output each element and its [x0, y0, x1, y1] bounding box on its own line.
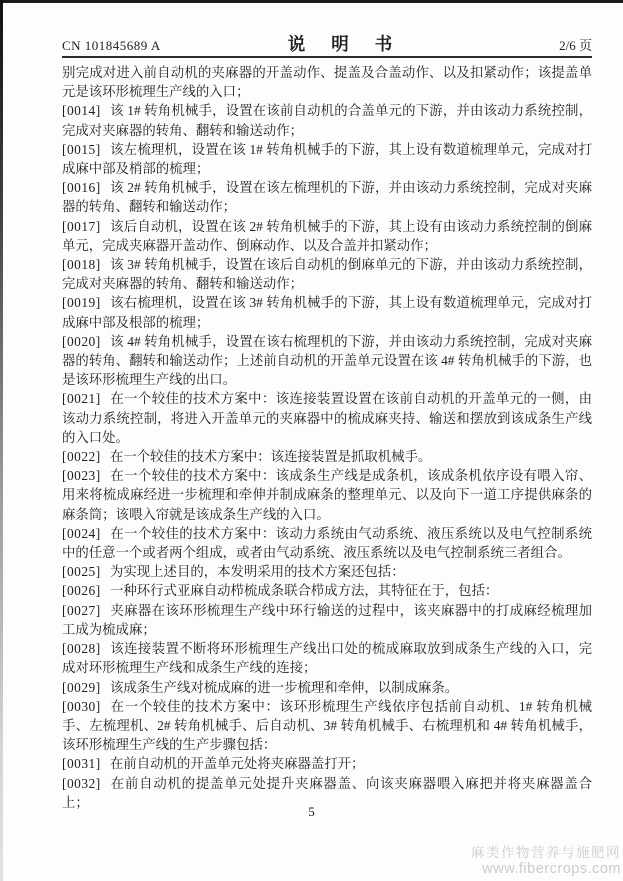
- paragraph-text: 在一个较佳的技术方案中：该成条生产线是成条机，该成条机依序设有喂入帘、用来将梳成…: [62, 468, 592, 521]
- paragraph-number: [0019]: [62, 293, 110, 312]
- paragraph-text: 在一个较佳的技术方案中：该连接装置是抓取机械手。: [110, 449, 431, 464]
- paragraph: [0020]该 4# 转角机械手，设置在该右梳理机的下游，并由该动力系统控制，完…: [62, 332, 592, 390]
- paragraph-text: 该连接装置不断将环形梳理生产线出口处的梳成麻取放到成条生产线的入口，完成对环形梳…: [62, 641, 592, 675]
- paragraph-text: 在前自动机的开盖单元处将夹麻器盖打开；: [110, 756, 364, 771]
- scan-edge-top: [0, 0, 623, 3]
- paragraph: [0014]该 1# 转角机械手，设置在该前自动机的合盖单元的下游，并由该动力系…: [62, 101, 592, 139]
- patent-description-page: CN 101845689 A 说明书 2/6 页 别完成对进入前自动机的夹麻器的…: [0, 0, 623, 881]
- document-title: 说明书: [288, 31, 419, 56]
- paragraph-number: [0024]: [62, 524, 110, 543]
- document-body: 别完成对进入前自动机的夹麻器的开盖动作、提盖及合盖动作、以及扣紧动作；该提盖单元…: [62, 63, 592, 812]
- page-header: CN 101845689 A 说明书 2/6 页: [62, 34, 592, 56]
- document-number: CN 101845689 A: [62, 38, 161, 54]
- watermark-url: www.fibercrops.com: [471, 861, 621, 877]
- header-rule: [62, 56, 592, 58]
- paragraph-text: 该 2# 转角机械手，设置在该左梳理机的下游，并由该动力系统控制，完成对夹麻器的…: [62, 180, 592, 214]
- paragraph: [0021]在一个较佳的技术方案中：该连接装置设置在该前自动机的开盖单元的一侧，…: [62, 389, 592, 447]
- paragraph: [0028]该连接装置不断将环形梳理生产线出口处的梳成麻取放到成条生产线的入口，…: [62, 639, 592, 677]
- paragraph-text: 在一个较佳的技术方案中：该动力系统由气动系统、液压系统以及电气控制系统中的任意一…: [62, 526, 592, 560]
- paragraph-number: [0015]: [62, 140, 110, 159]
- paragraph-number: [0028]: [62, 639, 110, 658]
- paragraph-number: [0021]: [62, 389, 110, 408]
- paragraph-text: 该 1# 转角机械手，设置在该前自动机的合盖单元的下游，并由该动力系统控制，完成…: [62, 103, 592, 137]
- paragraph-number: [0025]: [62, 562, 110, 581]
- paragraph: [0018]该 3# 转角机械手，设置在该后自动机的倒麻单元的下游，并由该动力系…: [62, 255, 592, 293]
- page-number: 5: [0, 804, 623, 820]
- paragraph-number: [0022]: [62, 447, 110, 466]
- paragraph: [0026]一种环行式亚麻自动栉梳成条联合栉成方法，其特征在于，包括：: [62, 581, 592, 600]
- paragraph-number: [0020]: [62, 332, 110, 351]
- paragraph: [0029]该成条生产线对梳成麻的进一步梳理和牵伸，以制成麻条。: [62, 678, 592, 697]
- paragraph: [0016]该 2# 转角机械手，设置在该左梳理机的下游，并由该动力系统控制，完…: [62, 178, 592, 216]
- paragraph-number: [0016]: [62, 178, 110, 197]
- paragraph-text: 别完成对进入前自动机的夹麻器的开盖动作、提盖及合盖动作、以及扣紧动作；该提盖单元…: [62, 65, 592, 99]
- paragraph-number: [0018]: [62, 255, 110, 274]
- paragraph-text: 该成条生产线对梳成麻的进一步梳理和牵伸，以制成麻条。: [110, 680, 458, 695]
- paragraph-number: [0032]: [62, 774, 110, 793]
- paragraph: [0031]在前自动机的开盖单元处将夹麻器盖打开；: [62, 754, 592, 773]
- paragraph: [0019]该右梳理机，设置在该 3# 转角机械手的下游，其上设有数道梳理单元，…: [62, 293, 592, 331]
- paragraph-text: 在一个较佳的技术方案中：该连接装置设置在该前自动机的开盖单元的一侧，由该动力系统…: [62, 391, 592, 444]
- paragraph-number: [0023]: [62, 466, 110, 485]
- paragraph: [0024]在一个较佳的技术方案中：该动力系统由气动系统、液压系统以及电气控制系…: [62, 524, 592, 562]
- paragraph-text: 该 3# 转角机械手，设置在该后自动机的倒麻单元的下游，并由该动力系统控制，完成…: [62, 257, 592, 291]
- paragraph: [0017]该后自动机，设置在该 2# 转角机械手的下游，其上设有由该动力系统控…: [62, 217, 592, 255]
- watermark: 麻类作物营养与施肥网 www.fibercrops.com: [471, 841, 621, 877]
- paragraph: 别完成对进入前自动机的夹麻器的开盖动作、提盖及合盖动作、以及扣紧动作；该提盖单元…: [62, 63, 592, 101]
- paragraph-number: [0030]: [62, 697, 110, 716]
- paragraph-text: 为实现上述目的，本发明采用的技术方案还包括：: [110, 564, 405, 579]
- paragraph: [0030]在一个较佳的技术方案中：该环形梳理生产线依序包括前自动机、1# 转角…: [62, 697, 592, 755]
- paragraph-number: [0027]: [62, 601, 110, 620]
- paragraph: [0027]夹麻器在该环形梳理生产线中环行输送的过程中，该夹麻器中的打成麻经梳理…: [62, 601, 592, 639]
- paragraph-text: 在一个较佳的技术方案中：该环形梳理生产线依序包括前自动机、1# 转角机械手、左梳…: [62, 699, 592, 752]
- paragraph-number: [0017]: [62, 217, 110, 236]
- watermark-site-name: 麻类作物营养与施肥网: [471, 841, 621, 861]
- paragraph-text: 该后自动机，设置在该 2# 转角机械手的下游，其上设有由该动力系统控制的倒麻单元…: [62, 219, 592, 253]
- paragraph-text: 一种环行式亚麻自动栉梳成条联合栉成方法，其特征在于，包括：: [110, 583, 498, 598]
- paragraph-text: 该左梳理机，设置在该 1# 转角机械手的下游，其上设有数道梳理单元，完成对打成麻…: [62, 142, 592, 176]
- page-indicator: 2/6 页: [559, 35, 592, 54]
- paragraph-text: 夹麻器在该环形梳理生产线中环行输送的过程中，该夹麻器中的打成麻经梳理加工成为梳成…: [62, 603, 592, 637]
- paragraph-number: [0029]: [62, 678, 110, 697]
- paragraph-number: [0014]: [62, 101, 110, 120]
- paragraph: [0015]该左梳理机，设置在该 1# 转角机械手的下游，其上设有数道梳理单元，…: [62, 140, 592, 178]
- scan-edge-left: [0, 0, 3, 881]
- paragraph-text: 该右梳理机，设置在该 3# 转角机械手的下游，其上设有数道梳理单元，完成对打成麻…: [62, 295, 592, 329]
- paragraph: [0025]为实现上述目的，本发明采用的技术方案还包括：: [62, 562, 592, 581]
- paragraph: [0023]在一个较佳的技术方案中：该成条生产线是成条机，该成条机依序设有喂入帘…: [62, 466, 592, 524]
- paragraph-number: [0026]: [62, 581, 110, 600]
- paragraph-text: 该 4# 转角机械手，设置在该右梳理机的下游，并由该动力系统控制，完成对夹麻器的…: [62, 334, 592, 387]
- paragraph-number: [0031]: [62, 754, 110, 773]
- paragraph: [0022]在一个较佳的技术方案中：该连接装置是抓取机械手。: [62, 447, 592, 466]
